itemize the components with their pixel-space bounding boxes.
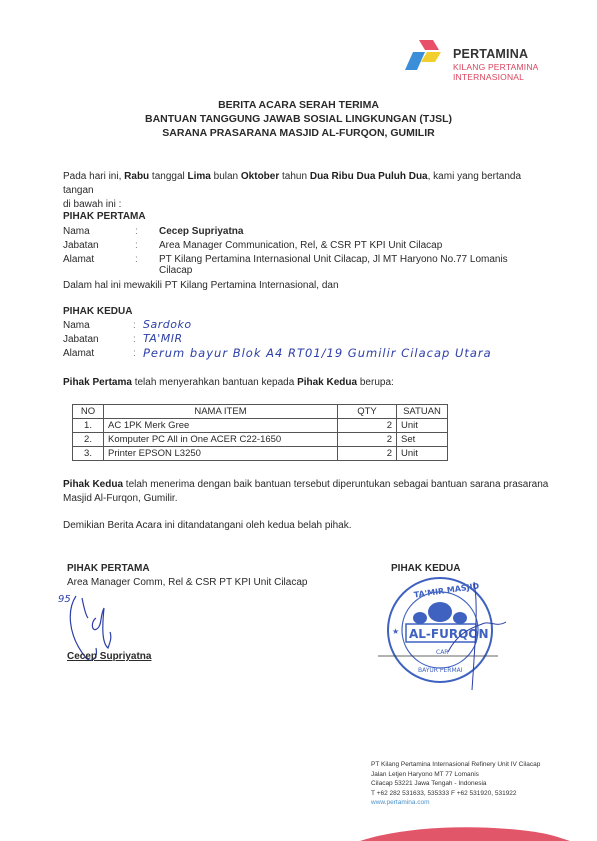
handover-statement: Pihak Pertama telah menyerahkan bantuan … — [63, 376, 394, 390]
table-row: 3. Printer EPSON L3250 2 Unit — [73, 447, 448, 461]
column-header: NO — [73, 405, 104, 419]
website-link[interactable]: www.pertamina.com — [371, 798, 540, 808]
svg-text:CAR: CAR — [436, 649, 448, 656]
table-header-row: NO NAMA ITEM QTY SATUAN — [73, 405, 448, 419]
mosque-stamp-icon: TA'MIR MASJID AL-FURQON CAR BAYUR PERMAI… — [378, 572, 518, 692]
footer-red-swoosh-icon — [360, 822, 597, 841]
field-value: PT Kilang Pertamina Internasional Unit C… — [159, 254, 543, 276]
signatory-name-first: Cecep Supriyatna — [67, 651, 151, 662]
field-row: Alamat : Perum bayur Blok A4 RT01/19 Gum… — [63, 348, 543, 362]
pertamina-logo: PERTAMINA KILANG PERTAMINA INTERNASIONAL — [403, 38, 593, 88]
field-label: Nama — [63, 226, 90, 237]
handwritten-value: Sardoko — [143, 318, 192, 331]
svg-text:AL-FURQON: AL-FURQON — [409, 627, 489, 641]
pihak-pertama-heading: PIHAK PERTAMA — [63, 211, 146, 222]
items-table: NO NAMA ITEM QTY SATUAN 1. AC 1PK Merk G… — [72, 404, 448, 461]
field-label: Nama — [63, 320, 90, 331]
closing-statement: Demikian Berita Acara ini ditandatangani… — [63, 519, 352, 533]
field-label: Alamat — [63, 254, 94, 265]
field-row: Alamat : PT Kilang Pertamina Internasion… — [63, 254, 543, 268]
pertamina-emblem-icon — [403, 38, 449, 78]
document-subtitle: SARANA PRASARANA MASJID AL-FURQON, GUMIL… — [0, 127, 597, 139]
logo-brand-name: PERTAMINA — [453, 47, 528, 61]
logo-subtitle: KILANG PERTAMINA — [453, 62, 539, 72]
svg-text:BAYUR PERMAI: BAYUR PERMAI — [418, 667, 463, 674]
field-row: Nama : Sardoko — [63, 320, 543, 334]
document-subtitle: BANTUAN TANGGUNG JAWAB SOSIAL LINGKUNGAN… — [0, 113, 597, 125]
representing-statement: Dalam hal ini mewakili PT Kilang Pertami… — [63, 279, 339, 293]
pihak-pertama-details: Nama : Cecep Supriyatna Jabatan : Area M… — [63, 226, 543, 268]
field-row: Jabatan : Area Manager Communication, Re… — [63, 240, 543, 254]
field-label: Alamat — [63, 348, 94, 359]
svg-text:★: ★ — [392, 627, 399, 636]
handwritten-value: TA'MIR — [143, 332, 183, 345]
field-value: Area Manager Communication, Rel, & CSR P… — [159, 240, 442, 251]
document-title: BERITA ACARA SERAH TERIMA — [0, 99, 597, 111]
svg-text:TA'MIR MASJID: TA'MIR MASJID — [413, 581, 480, 599]
intro-paragraph: Pada hari ini, Rabu tanggal Lima bulan O… — [63, 170, 543, 212]
pihak-kedua-heading: PIHAK KEDUA — [63, 306, 132, 317]
logo-subtitle: INTERNASIONAL — [453, 72, 524, 82]
acceptance-paragraph: Pihak Kedua telah menerima dengan baik b… — [63, 478, 553, 506]
signature-heading-first: PIHAK PERTAMA — [67, 563, 150, 574]
column-header: QTY — [338, 405, 397, 419]
column-header: SATUAN — [397, 405, 448, 419]
table-row: 2. Komputer PC All in One ACER C22-1650 … — [73, 433, 448, 447]
company-address-footer: PT Kilang Pertamina Internasional Refine… — [371, 760, 540, 808]
table-row: 1. AC 1PK Merk Gree 2 Unit — [73, 419, 448, 433]
field-row: Nama : Cecep Supriyatna — [63, 226, 543, 240]
field-label: Jabatan — [63, 334, 99, 345]
field-label: Jabatan — [63, 240, 99, 251]
column-header: NAMA ITEM — [104, 405, 338, 419]
pihak-kedua-details: Nama : Sardoko Jabatan : TA'MIR Alamat :… — [63, 320, 543, 362]
svg-text:95: 95 — [58, 594, 71, 605]
field-value: Cecep Supriyatna — [159, 226, 243, 237]
handwritten-value: Perum bayur Blok A4 RT01/19 Gumilir Cila… — [143, 346, 492, 360]
